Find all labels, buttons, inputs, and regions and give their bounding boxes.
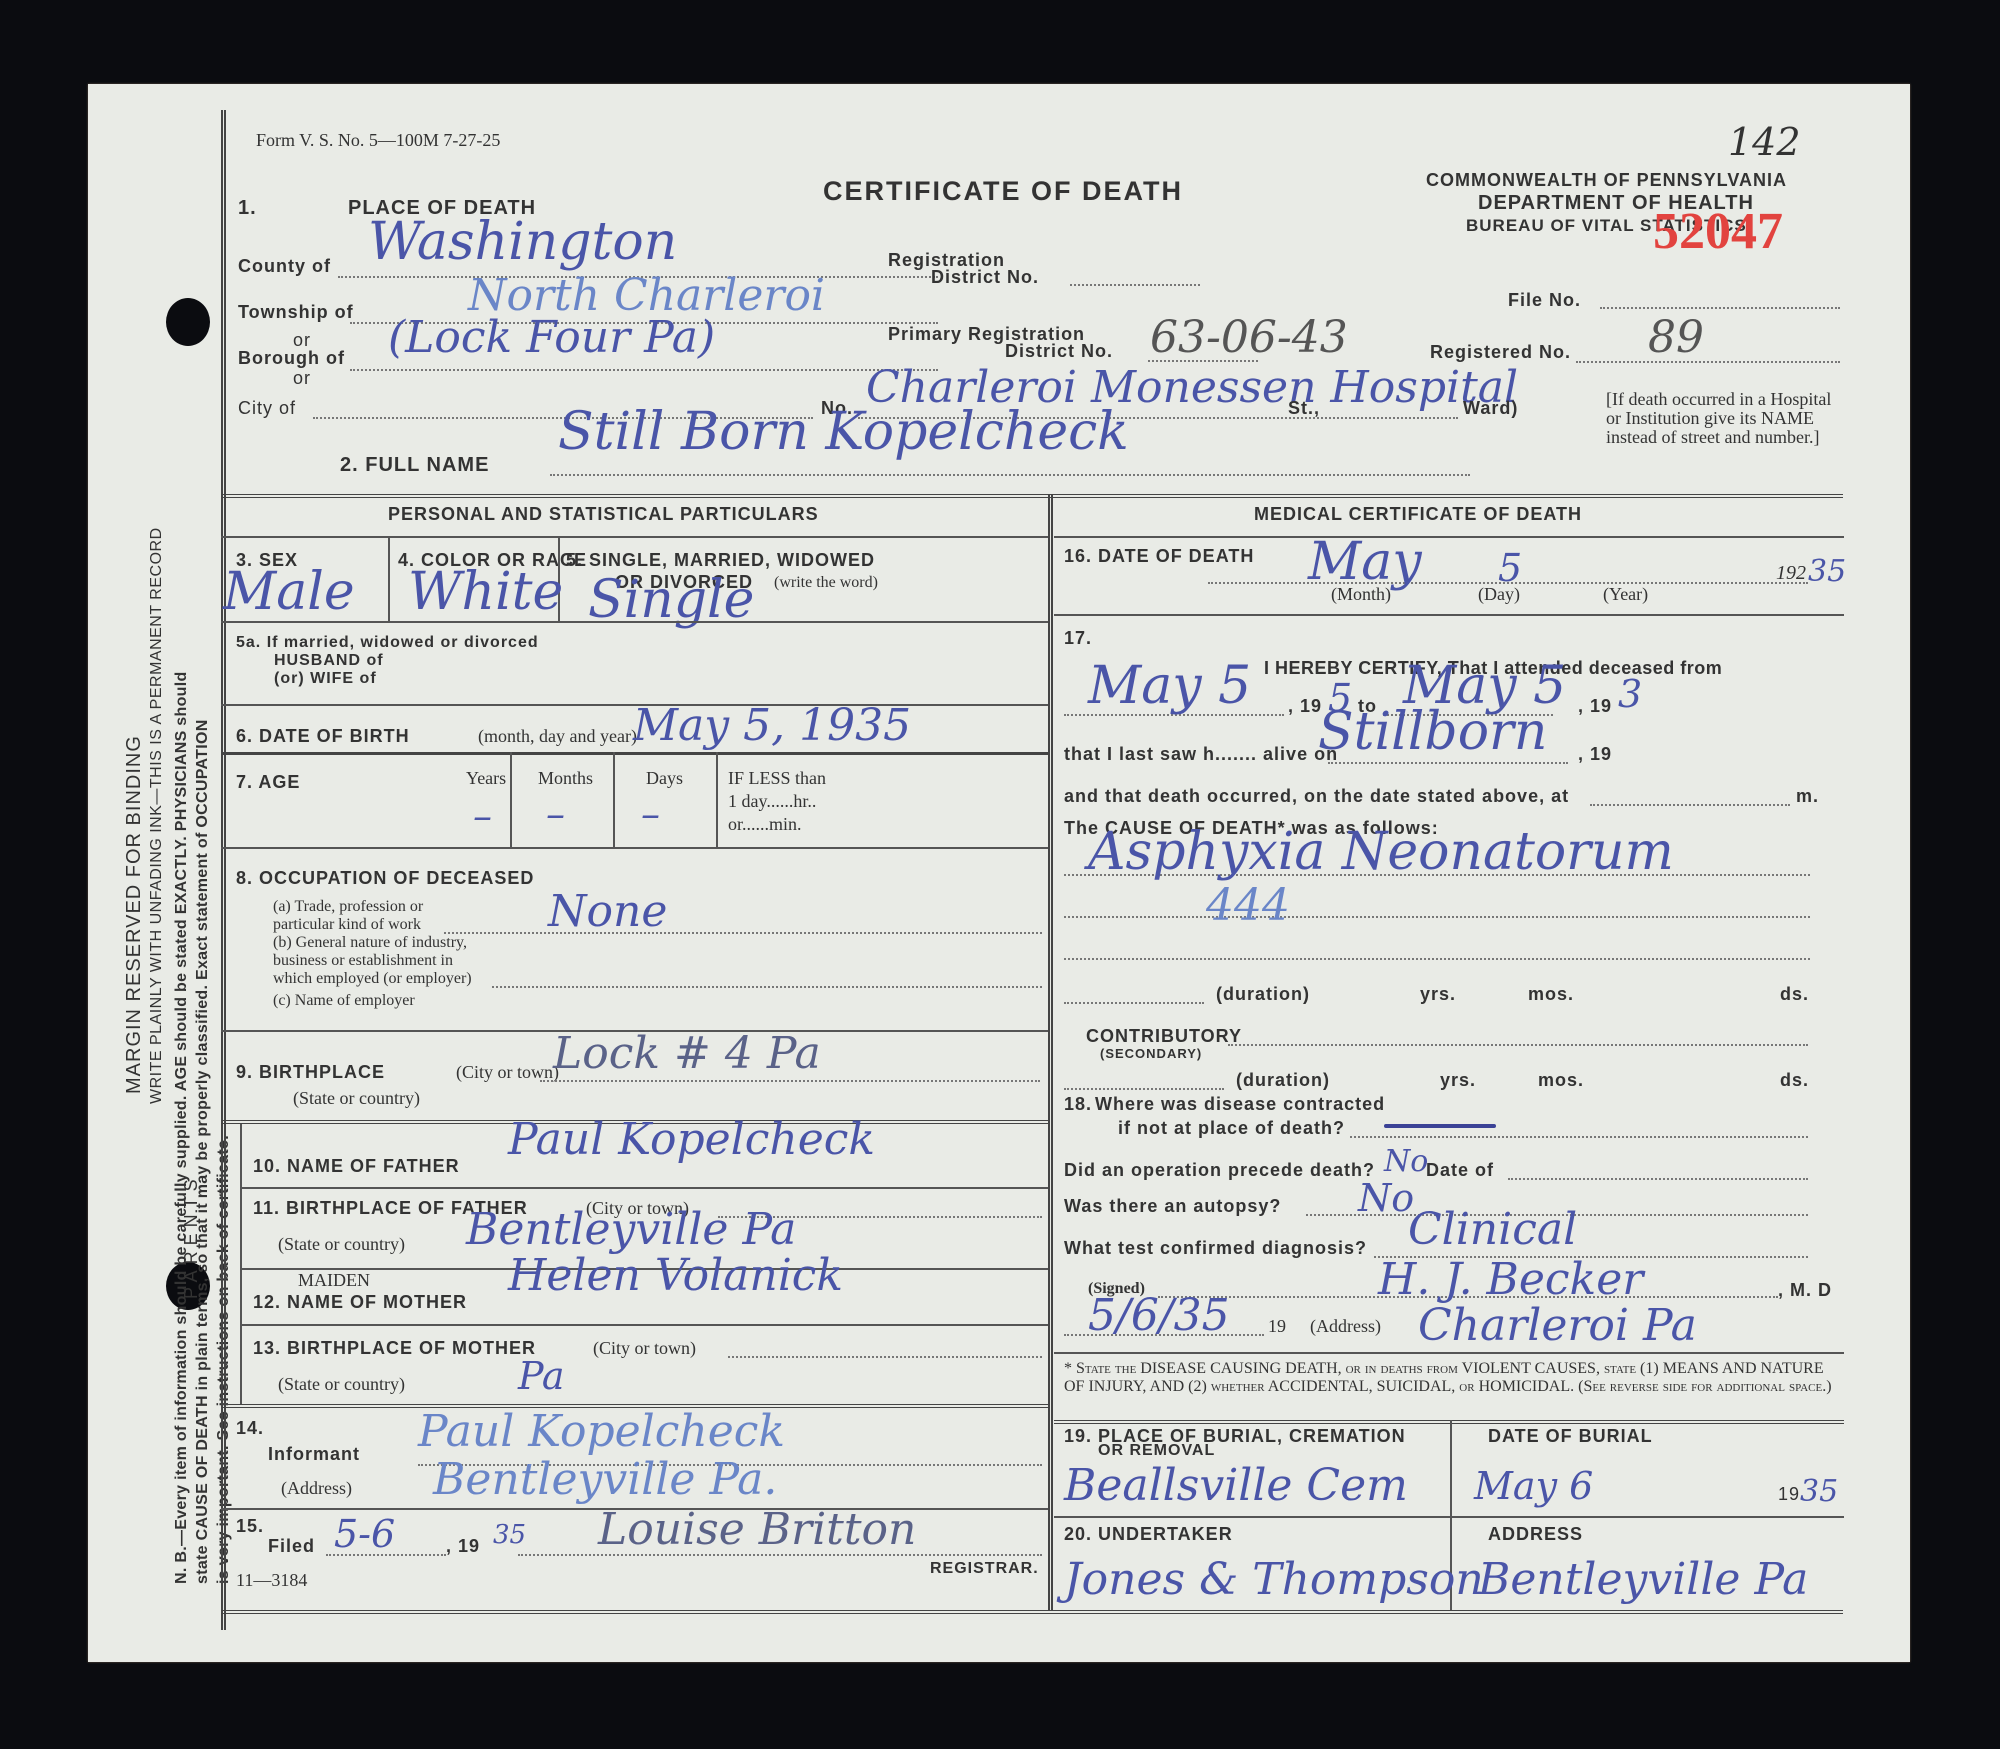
undertaker-value[interactable]: Jones & Thompson — [1064, 1554, 1484, 1605]
mother-bp-state: (State or country) — [278, 1374, 405, 1395]
registration-district-field-line — [1070, 284, 1200, 286]
death-at-label: and that death occurred, on the date sta… — [1064, 786, 1569, 807]
age-years-value[interactable]: – — [473, 794, 492, 838]
row-rule-19 — [1054, 1516, 1844, 1518]
signed-date-value[interactable]: 5/6/35 — [1088, 1290, 1230, 1341]
county-label: County of — [238, 256, 331, 277]
undertaker-address-label: ADDRESS — [1488, 1524, 1583, 1545]
father-bp-state: (State or country) — [278, 1234, 405, 1255]
occ-b2: business or establishment in — [273, 952, 453, 970]
filed-label: Filed — [268, 1536, 315, 1557]
autopsy-label: Was there an autopsy? — [1064, 1196, 1281, 1217]
contributory-line — [1228, 1044, 1808, 1046]
parents-side-label: PARENTS — [181, 1173, 202, 1299]
street-label: St., — [1288, 398, 1320, 419]
death-at-line — [1590, 804, 1790, 806]
burial-year-value[interactable]: 35 — [1800, 1474, 1838, 1509]
sign-year-label: 19 — [1268, 1316, 1286, 1337]
certificate-title: CERTIFICATE OF DEATH — [823, 176, 1183, 207]
registered-no-label: Registered No. — [1430, 342, 1571, 363]
q18-line — [1350, 1136, 1808, 1138]
occ-a1: (a) Trade, profession or — [273, 898, 423, 916]
age-months-label: Months — [538, 768, 593, 789]
duration-label-2: (duration) — [1236, 1070, 1330, 1091]
operation-date-line — [1508, 1178, 1808, 1180]
filed-year-value[interactable]: 35 — [493, 1520, 526, 1550]
registration-district-label2: District No. — [931, 267, 1039, 288]
mother-label: 12. NAME OF MOTHER — [253, 1292, 467, 1313]
last-saw-year-prefix: , 19 — [1578, 744, 1612, 765]
occ-a2: particular kind of work — [273, 916, 421, 934]
cause-value[interactable]: Asphyxia Neonatorum — [1088, 822, 1674, 882]
margin-nb-line2: state CAUSE OF DEATH in plain terms, so … — [194, 719, 212, 1584]
row-rule-10 — [240, 1187, 1048, 1189]
occupation-label: 8. OCCUPATION OF DECEASED — [236, 868, 534, 889]
mother-bp-label: 13. BIRTHPLACE OF MOTHER — [253, 1338, 536, 1359]
duration-line-2a — [1064, 1088, 1224, 1090]
occ-b-field-line — [492, 986, 1042, 988]
burial-year-prefix: 19 — [1778, 1484, 1800, 1505]
death-certificate-paper: MARGIN RESERVED FOR BINDING WRITE PLAINL… — [88, 84, 1910, 1662]
age-months-divider — [613, 752, 615, 847]
informant-num: 14. — [236, 1418, 264, 1439]
borough-field-line — [350, 369, 938, 371]
filed-year-prefix: , 19 — [446, 1536, 480, 1557]
informant-label: Informant — [268, 1444, 360, 1465]
cause-code[interactable]: 444 — [1206, 880, 1290, 931]
burial-date-label: DATE OF BURIAL — [1488, 1426, 1653, 1447]
q18-num: 18. — [1064, 1094, 1092, 1115]
spouse-label2: HUSBAND of — [274, 652, 384, 670]
age-years-label: Years — [466, 768, 506, 789]
cause-footnote: * State the DISEASE CAUSING DEATH, or in… — [1064, 1360, 1834, 1396]
ds-label-2: ds. — [1780, 1070, 1809, 1091]
attended-to-year-prefix: , 19 — [1578, 696, 1612, 717]
hospital-note: [If death occurred in a Hospital or Inst… — [1606, 390, 1838, 447]
row-rule-footnote — [1054, 1420, 1844, 1424]
mother-bp-field-line — [728, 1356, 1042, 1358]
less-than-1: IF LESS than — [728, 768, 826, 789]
operation-label: Did an operation precede death? — [1064, 1160, 1375, 1181]
father-label: 10. NAME OF FATHER — [253, 1156, 460, 1177]
margin-binding-note: MARGIN RESERVED FOR BINDING — [123, 735, 146, 1094]
borough-label: Borough of — [238, 348, 345, 369]
primary-registration-value[interactable]: 63-06-43 — [1150, 312, 1348, 363]
q18-text1: Where was disease contracted — [1095, 1094, 1385, 1115]
row-rule-6 — [221, 752, 1048, 755]
row-rule-12 — [240, 1324, 1048, 1326]
age-days-divider — [716, 752, 718, 847]
father-bp-value[interactable]: Bentleyville Pa — [466, 1204, 796, 1255]
name-divider — [221, 494, 1843, 498]
dod-month-value[interactable]: May — [1308, 532, 1422, 592]
maiden-label: MAIDEN — [298, 1270, 370, 1291]
month-caption: (Month) — [1331, 584, 1391, 605]
full-name-label: 2. FULL NAME — [340, 454, 489, 477]
red-stamp-number: 52047 — [1653, 202, 1783, 261]
q18-dash-mark — [1384, 1124, 1496, 1128]
age-days-label: Days — [646, 768, 683, 789]
registrar-value[interactable]: Louise Britton — [598, 1504, 916, 1555]
sex-race-divider — [388, 536, 390, 621]
test-label: What test confirmed diagnosis? — [1064, 1238, 1367, 1259]
informant-address-value[interactable]: Bentleyville Pa. — [433, 1454, 777, 1505]
dob-label: 6. DATE OF BIRTH — [236, 726, 410, 747]
row-rule-signed — [1054, 1352, 1844, 1354]
dob-note: (month, day and year) — [478, 726, 637, 747]
burial-place-label2: OR REMOVAL — [1098, 1442, 1215, 1460]
yrs-label-2: yrs. — [1440, 1070, 1476, 1091]
row-rule-16 — [1054, 614, 1844, 616]
age-years-divider — [510, 752, 512, 847]
birthplace-label: 9. BIRTHPLACE — [236, 1062, 385, 1083]
file-no-field-line — [1600, 307, 1840, 309]
bottom-rule — [221, 1610, 1843, 1614]
primary-registration-label2: District No. — [1005, 341, 1113, 362]
age-days-value[interactable]: – — [641, 792, 660, 836]
full-name-field-line — [550, 474, 1470, 476]
less-than-3: or......min. — [728, 814, 802, 835]
form-number: Form V. S. No. 5—100M 7-27-25 — [256, 130, 500, 151]
dob-value[interactable]: May 5, 1935 — [633, 700, 911, 751]
last-saw-value[interactable]: Stillborn — [1318, 702, 1547, 762]
borough-value[interactable]: (Lock Four Pa) — [388, 312, 715, 363]
cause-line-3 — [1064, 958, 1810, 960]
bottom-code: 11—3184 — [236, 1570, 307, 1591]
occ-b1: (b) General nature of industry, — [273, 934, 467, 952]
occ-c: (c) Name of employer — [273, 992, 415, 1010]
ward-label: Ward) — [1463, 398, 1518, 419]
county-value[interactable]: Washington — [368, 212, 677, 272]
medical-heading-rule — [1054, 536, 1844, 538]
registered-no-value[interactable]: 89 — [1648, 312, 1704, 363]
margin-nb-line1: N. B.—Every item of information should b… — [173, 671, 191, 1584]
cause-line-2 — [1064, 916, 1810, 918]
informant-address-label: (Address) — [281, 1478, 352, 1499]
yrs-label-1: yrs. — [1420, 984, 1456, 1005]
city-label: City of — [238, 398, 296, 419]
informant-value[interactable]: Paul Kopelcheck — [418, 1406, 785, 1457]
duration-line-1a — [1064, 1002, 1204, 1004]
md-label: , M. D — [1778, 1280, 1832, 1301]
race-value[interactable]: White — [408, 562, 563, 622]
operation-value[interactable]: No — [1384, 1144, 1428, 1179]
burial-place-value[interactable]: Beallsville Cem — [1064, 1460, 1408, 1511]
burial-date-value[interactable]: May 6 — [1474, 1464, 1593, 1508]
row-rule-7 — [221, 847, 1048, 849]
spouse-label3: (or) WIFE of — [274, 670, 377, 688]
signed-value[interactable]: H. J. Becker — [1378, 1254, 1643, 1305]
m-label: m. — [1796, 786, 1819, 807]
personal-heading-rule — [221, 536, 1048, 538]
undertaker-label: 20. UNDERTAKER — [1064, 1524, 1233, 1545]
or-label-2: or — [293, 368, 311, 389]
marital-label1: 5. SINGLE, MARRIED, WIDOWED — [566, 550, 875, 571]
date-of-label: Date of — [1426, 1160, 1494, 1181]
registrar-label: REGISTRAR. — [930, 1560, 1039, 1578]
physician-address-value[interactable]: Charleroi Pa — [1418, 1300, 1697, 1351]
dod-year-prefix: 192 — [1776, 562, 1806, 585]
contributory-label: CONTRIBUTORY — [1086, 1026, 1242, 1047]
age-label: 7. AGE — [236, 772, 300, 793]
secondary-label: (SECONDARY) — [1100, 1046, 1202, 1061]
occ-a-field-line — [444, 932, 1042, 934]
center-divider — [1048, 494, 1053, 1610]
attended-from-year-prefix: , 19 — [1288, 696, 1322, 717]
birthplace-state: (State or country) — [293, 1088, 420, 1109]
file-no-label: File No. — [1508, 290, 1581, 311]
birthplace-field-line — [540, 1080, 1040, 1082]
left-border — [221, 110, 226, 1630]
binding-hole-top — [166, 298, 210, 346]
day-caption: (Day) — [1478, 584, 1520, 605]
marital-label-note: (write the word) — [774, 574, 878, 592]
filed-date-value[interactable]: 5-6 — [334, 1512, 395, 1556]
margin-ink-note: WRITE PLAINLY WITH UNFADING INK—THIS IS … — [148, 527, 166, 1104]
attended-from-value[interactable]: May 5 — [1088, 656, 1251, 716]
filed-num: 15. — [236, 1516, 264, 1537]
physician-address-label: (Address) — [1310, 1316, 1381, 1337]
year-caption: (Year) — [1603, 584, 1648, 605]
mos-label-2: mos. — [1538, 1070, 1584, 1091]
mother-bp-value[interactable]: Pa — [518, 1354, 565, 1398]
age-months-value[interactable]: – — [546, 792, 565, 836]
test-value[interactable]: Clinical — [1408, 1204, 1577, 1255]
autopsy-value[interactable]: No — [1358, 1176, 1414, 1220]
place-of-death-num: 1. — [238, 197, 257, 220]
father-value[interactable]: Paul Kopelcheck — [508, 1114, 875, 1165]
less-than-2: 1 day......hr.. — [728, 791, 816, 812]
medical-heading: MEDICAL CERTIFICATE OF DEATH — [1254, 504, 1582, 525]
ds-label-1: ds. — [1780, 984, 1809, 1005]
dod-year-value[interactable]: 35 — [1808, 554, 1846, 589]
dod-label: 16. DATE OF DEATH — [1064, 546, 1254, 567]
sex-value[interactable]: Male — [223, 562, 355, 622]
occupation-value[interactable]: None — [548, 886, 667, 937]
birthplace-value[interactable]: Lock # 4 Pa — [553, 1028, 821, 1079]
mother-bp-note: (City or town) — [593, 1338, 696, 1359]
attended-to-year-value[interactable]: 3 — [1618, 672, 1642, 716]
registered-no-field-line — [1576, 361, 1840, 363]
issuer-line1: COMMONWEALTH OF PENNSYLVANIA — [1426, 170, 1787, 191]
undertaker-address-value[interactable]: Bentleyville Pa — [1478, 1554, 1808, 1605]
duration-label-1: (duration) — [1216, 984, 1310, 1005]
last-saw-line — [1328, 762, 1568, 764]
q18-text2: if not at place of death? — [1118, 1118, 1345, 1139]
mos-label-1: mos. — [1528, 984, 1574, 1005]
row-rule-3-5 — [221, 621, 1048, 623]
handwritten-top-number: 142 — [1728, 120, 1801, 164]
full-name-value[interactable]: Still Born Kopelcheck — [558, 402, 1129, 462]
parents-divider — [240, 1124, 242, 1404]
last-saw-label: that I last saw h....... alive on — [1064, 744, 1338, 765]
township-label: Township of — [238, 302, 354, 323]
cert-num: 17. — [1064, 628, 1092, 649]
spouse-label1: 5a. If married, widowed or divorced — [236, 634, 539, 652]
occ-b3: which employed (or employer) — [273, 970, 472, 988]
mother-value[interactable]: Helen Volanick — [508, 1250, 843, 1301]
personal-heading: PERSONAL AND STATISTICAL PARTICULARS — [388, 504, 819, 525]
